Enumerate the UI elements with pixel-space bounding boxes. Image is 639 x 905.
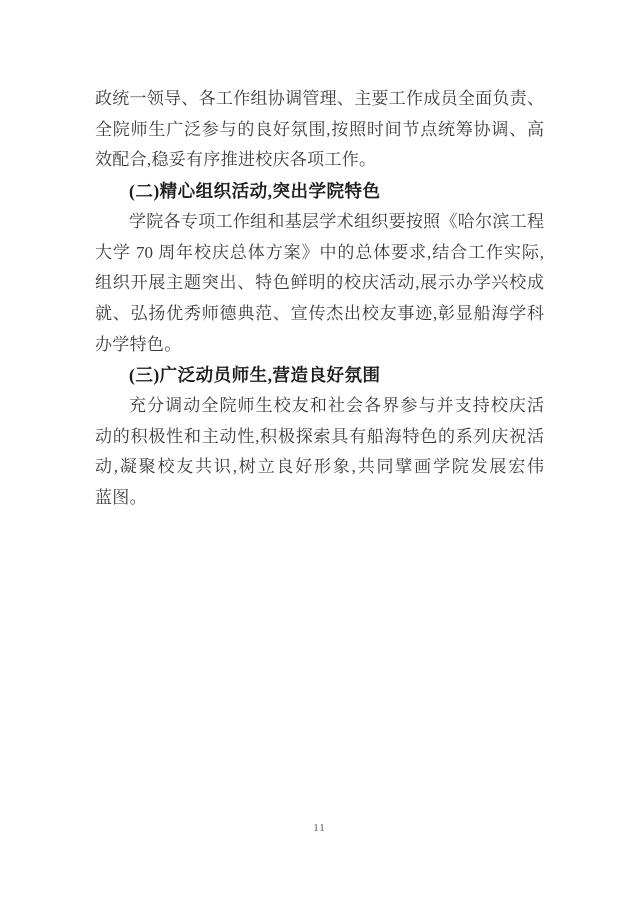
body-line: 政统一领导、各工作组协调管理、主要工作成员全面负责、: [95, 84, 544, 115]
body-line: 就、弘扬优秀师德典范、宣传杰出校友事迹,彰显船海学科: [95, 299, 544, 330]
body-line: 动的积极性和主动性,积极探索具有船海特色的系列庆祝活: [95, 422, 544, 453]
heading-line: (三)广泛动员师生,营造良好氛围: [95, 360, 544, 391]
page-number: 11: [0, 822, 639, 834]
body-line: 充分调动全院师生校友和社会各界参与并支持校庆活: [95, 391, 544, 422]
body-line: 大学 70 周年校庆总体方案》中的总体要求,结合工作实际,: [95, 238, 544, 269]
paragraph-continuation: 政统一领导、各工作组协调管理、主要工作成员全面负责、 全院师生广泛参与的良好氛围…: [95, 84, 544, 176]
body-line: 全院师生广泛参与的良好氛围,按照时间节点统筹协调、高: [95, 115, 544, 146]
heading-line: (二)精心组织活动,突出学院特色: [95, 176, 544, 207]
body-line: 办学特色。: [95, 330, 544, 361]
document-page: 政统一领导、各工作组协调管理、主要工作成员全面负责、 全院师生广泛参与的良好氛围…: [0, 0, 639, 905]
section-heading-2: (二)精心组织活动,突出学院特色: [95, 176, 544, 207]
body-line: 蓝图。: [95, 483, 544, 514]
body-line: 动,凝聚校友共识,树立良好形象,共同擘画学院发展宏伟: [95, 452, 544, 483]
body-line: 效配合,稳妥有序推进校庆各项工作。: [95, 145, 544, 176]
section-heading-3: (三)广泛动员师生,营造良好氛围: [95, 360, 544, 391]
body-line: 组织开展主题突出、特色鲜明的校庆活动,展示办学兴校成: [95, 268, 544, 299]
document-body: 政统一领导、各工作组协调管理、主要工作成员全面负责、 全院师生广泛参与的良好氛围…: [95, 84, 544, 514]
body-line: 学院各专项工作组和基层学术组织要按照《哈尔滨工程: [95, 207, 544, 238]
paragraph-section-2: 学院各专项工作组和基层学术组织要按照《哈尔滨工程 大学 70 周年校庆总体方案》…: [95, 207, 544, 361]
paragraph-section-3: 充分调动全院师生校友和社会各界参与并支持校庆活 动的积极性和主动性,积极探索具有…: [95, 391, 544, 514]
